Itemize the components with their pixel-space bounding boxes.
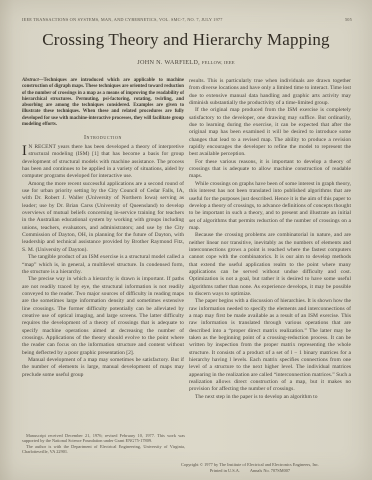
paragraph: If the original map produced from the IS… — [189, 107, 351, 158]
paragraph: Manual development of a map may sometime… — [22, 357, 184, 379]
page-number: 505 — [345, 17, 352, 22]
abstract: Abstract—Techniques are introduced which… — [22, 78, 184, 128]
abstract-text: —Techniques are introduced which are app… — [22, 78, 184, 127]
journal-header-text: IEEE TRANSACTIONS ON SYSTEMS, MAN, AND C… — [22, 17, 223, 22]
paragraph-opening: IN RECENT years there has been developed… — [22, 144, 184, 181]
right-column: results. This is particularly true when … — [189, 78, 351, 401]
paragraph-text: N RECENT years there has been developed … — [22, 144, 184, 179]
paragraph: The tangible product of an ISM exercise … — [22, 254, 184, 276]
section-heading-introduction: Introduction — [22, 135, 184, 141]
running-header: IEEE TRANSACTIONS ON SYSTEMS, MAN, AND C… — [0, 0, 372, 22]
paper-title: Crossing Theory and Hierarchy Mapping — [0, 30, 372, 50]
footnote-author-affiliation: The author is with the Department of Ele… — [22, 444, 185, 455]
printed-annals-line: Printed in U.S.A.Annals No. 707SM007 — [132, 468, 368, 474]
first-page-footnote: Manuscript received December 21, 1976; r… — [22, 433, 185, 455]
paragraph: While crossings on graphs have been of s… — [189, 181, 351, 232]
author-fellow-designation: FELLOW, IEEE — [202, 60, 235, 65]
left-column: Abstract—Techniques are introduced which… — [22, 78, 184, 401]
author-name: JOHN N. WARFIELD — [137, 59, 198, 66]
author-byline: JOHN N. WARFIELD, FELLOW, IEEE — [0, 59, 372, 66]
paragraph: For these various reasons, it is importa… — [189, 159, 351, 181]
abstract-label: Abstract — [22, 78, 39, 83]
annals-number: Annals No. 707SM007 — [245, 468, 295, 473]
printed-in-usa: Printed in U.S.A. — [205, 468, 245, 473]
paragraph: Because the crossing problems are combin… — [189, 232, 351, 298]
copyright-footer: Copyright © 1977 by The Institute of Ele… — [132, 462, 368, 474]
footnote-manuscript-received: Manuscript received December 21, 1976; r… — [22, 433, 185, 444]
two-column-body: Abstract—Techniques are introduced which… — [22, 78, 352, 401]
journal-page: IEEE TRANSACTIONS ON SYSTEMS, MAN, AND C… — [0, 0, 372, 480]
paragraph: Among the more recent successful applica… — [22, 181, 184, 254]
paragraph: The precise way in which a hierarchy is … — [22, 276, 184, 357]
paragraph-continuation: results. This is particularly true when … — [189, 78, 351, 107]
paragraph: The next step in the paper is to develop… — [189, 394, 351, 401]
paragraph: The paper begins with a discussion of hi… — [189, 298, 351, 393]
